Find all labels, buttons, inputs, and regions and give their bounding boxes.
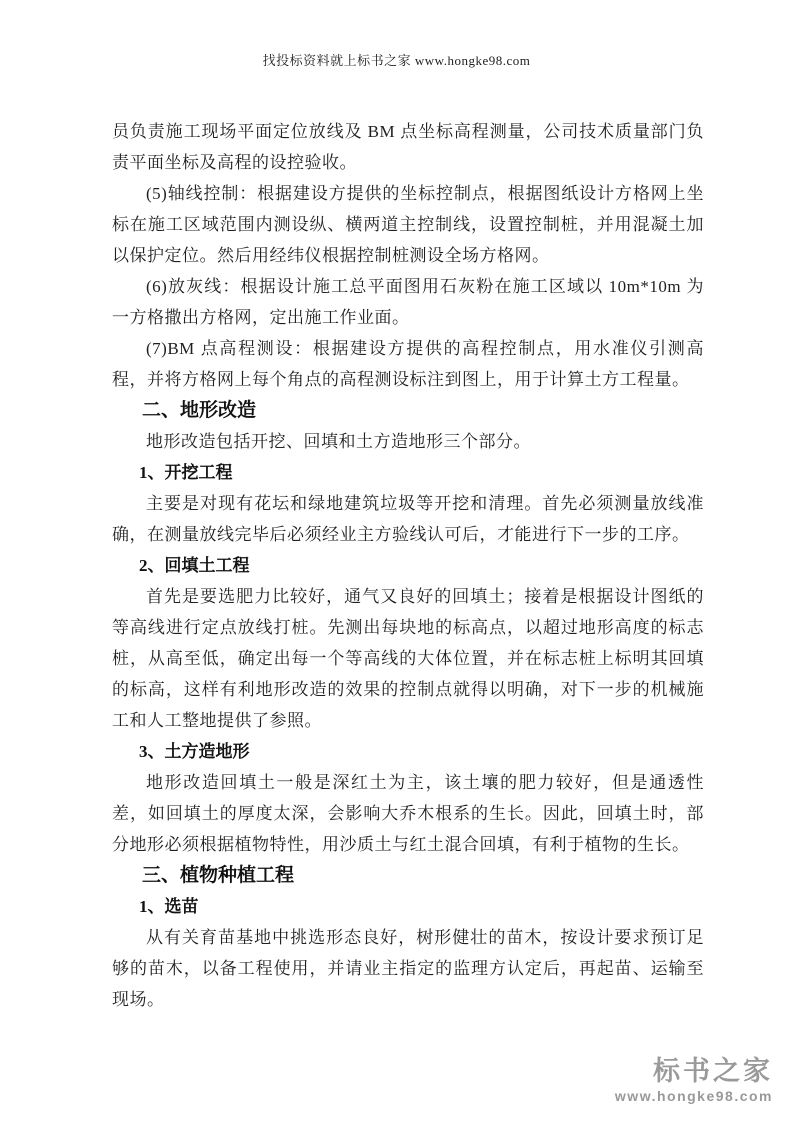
paragraph: (6)放灰线：根据设计施工总平面图用石灰粉在施工区域以 10m*10m 为一方格… (112, 271, 704, 333)
section-heading: 三、植物种植工程 (112, 860, 704, 891)
subsection-heading: 1、选苗 (112, 891, 704, 922)
paragraph: 主要是对现有花坛和绿地建筑垃圾等开挖和清理。首先必须测量放线准确，在测量放线完毕… (112, 488, 704, 550)
subsection-heading: 1、开挖工程 (112, 457, 704, 488)
footer-watermark: 标书之家 www.hongke98.com (615, 1058, 773, 1103)
subsection-heading: 2、回填土工程 (112, 550, 704, 581)
section-heading: 二、地形改造 (112, 395, 704, 426)
page-header-watermark: 找投标资料就上标书之家 www.hongke98.com (0, 50, 793, 69)
paragraph: (5)轴线控制：根据建设方提供的坐标控制点，根据图纸设计方格网上坐标在施工区域范… (112, 178, 704, 271)
paragraph: 从有关育苗基地中挑选形态良好，树形健壮的苗木，按设计要求预订足够的苗木，以备工程… (112, 922, 704, 1015)
paragraph: 员负责施工现场平面定位放线及 BM 点坐标高程测量，公司技术质量部门负责平面坐标… (112, 116, 704, 178)
footer-site-logo: 标书之家 (615, 1058, 773, 1085)
paragraph: (7)BM 点高程测设：根据建设方提供的高程控制点，用水准仪引测高程，并将方格网… (112, 333, 704, 395)
document-body: 员负责施工现场平面定位放线及 BM 点坐标高程测量，公司技术质量部门负责平面坐标… (112, 116, 704, 1015)
paragraph: 首先是要选肥力比较好，通气又良好的回填土；接着是根据设计图纸的等高线进行定点放线… (112, 581, 704, 736)
subsection-heading: 3、土方造地形 (112, 736, 704, 767)
paragraph: 地形改造包括开挖、回填和土方造地形三个部分。 (112, 426, 704, 457)
footer-site-url: www.hongke98.com (615, 1089, 773, 1103)
paragraph: 地形改造回填土一般是深红土为主，该土壤的肥力较好，但是通透性差，如回填土的厚度太… (112, 767, 704, 860)
